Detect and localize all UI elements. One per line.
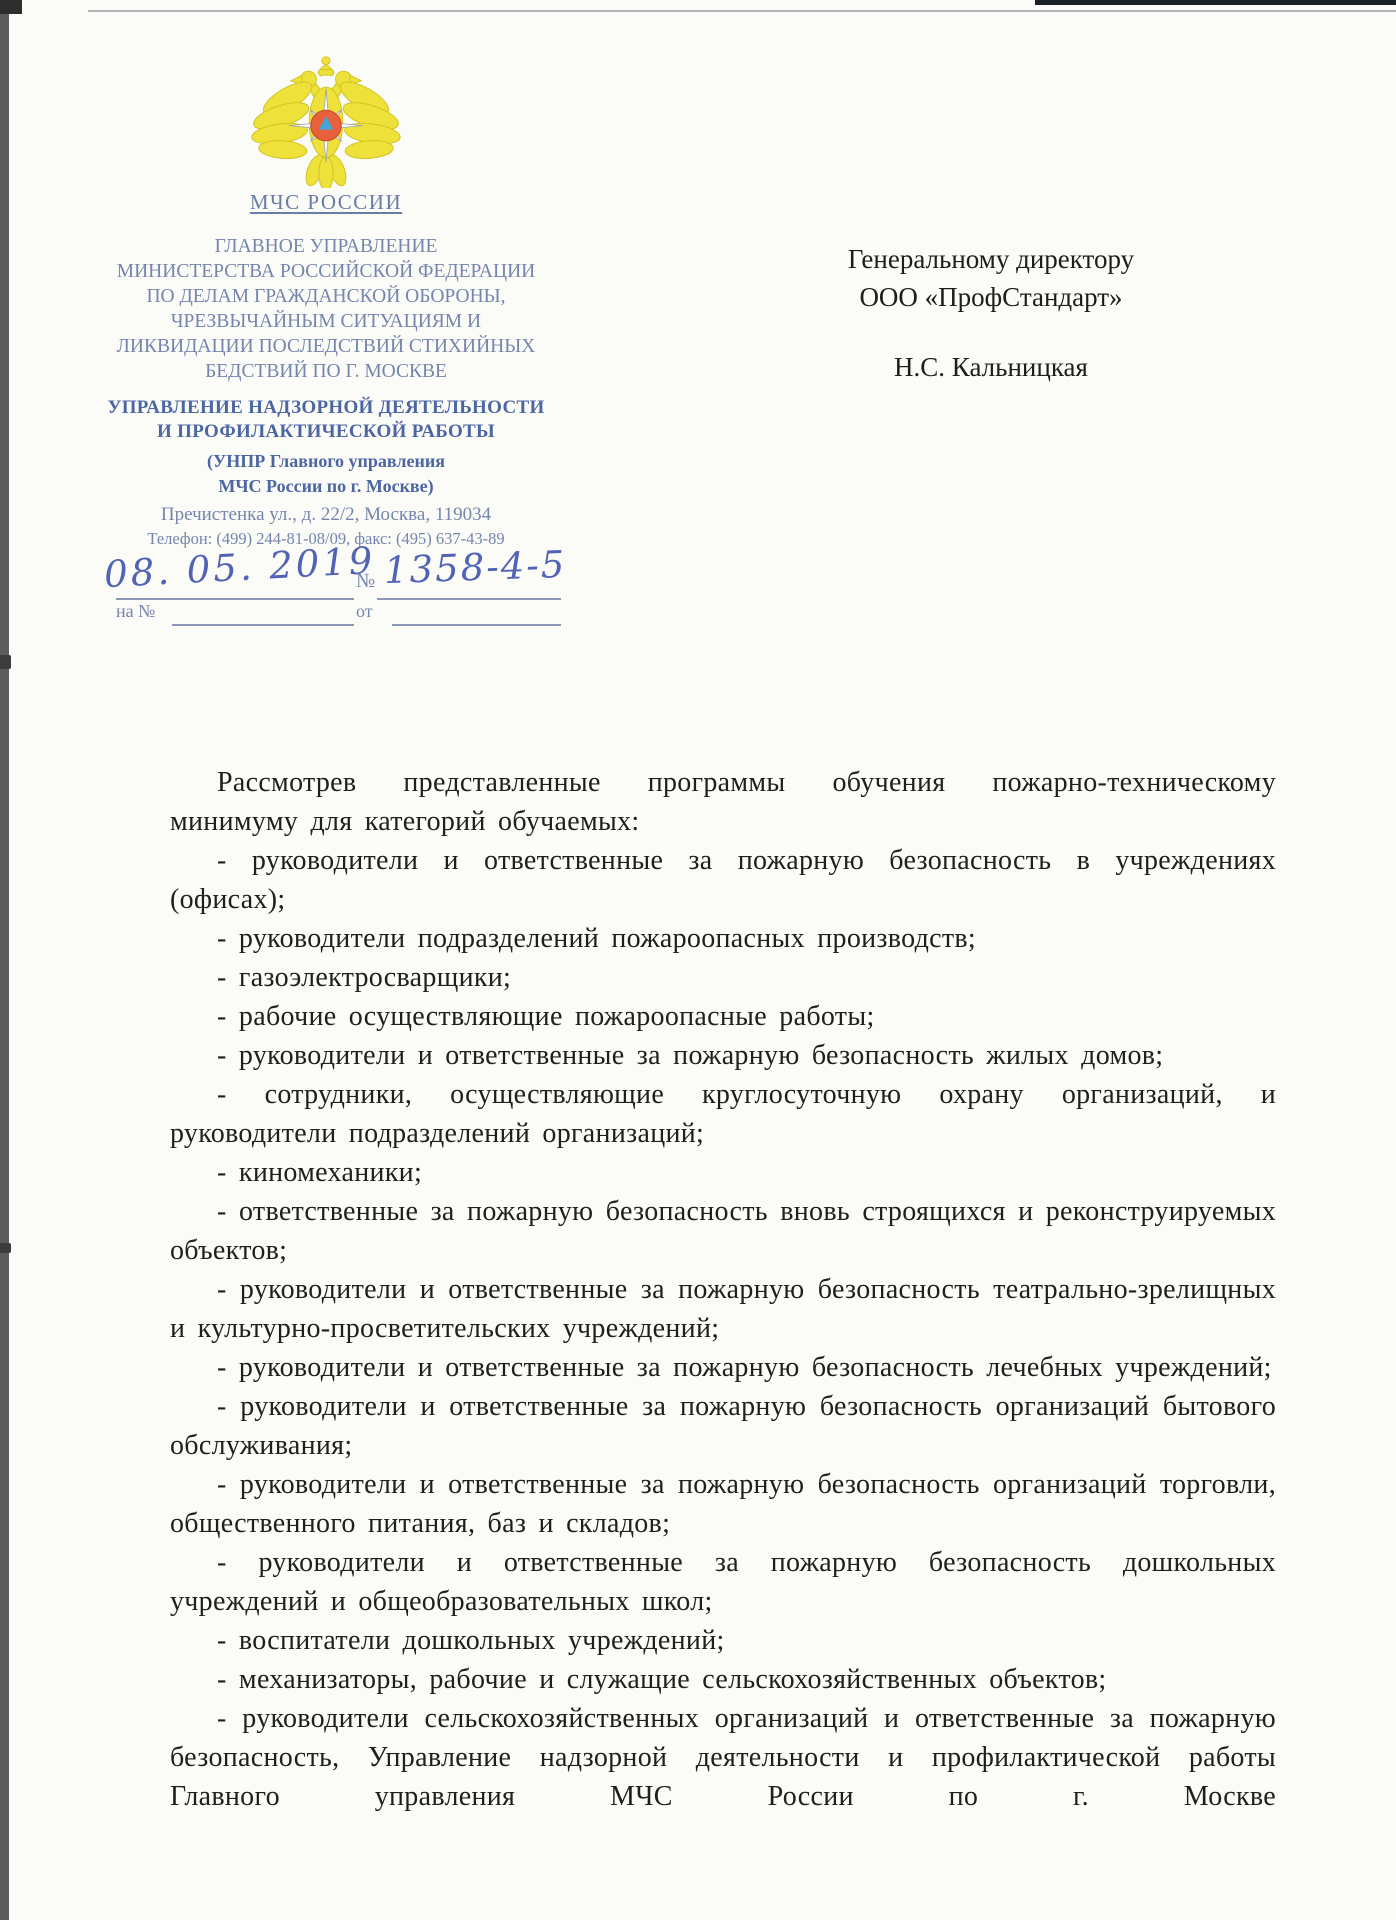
recipient-name: Н.С. Кальницкая (795, 348, 1187, 386)
reply-from-label: от (356, 601, 373, 622)
handwritten-number: 1358-4-5 (383, 543, 567, 592)
letterhead-line: ПО ДЕЛАМ ГРАЖДАНСКОЙ ОБОРОНЫ, (80, 284, 572, 309)
recipient-position: Генеральному директору (795, 240, 1187, 278)
body-paragraph: - руководители и ответственные за пожарн… (170, 1270, 1276, 1348)
letterhead: МЧС РОССИИ ГЛАВНОЕ УПРАВЛЕНИЕ МИНИСТЕРСТ… (80, 52, 572, 549)
department-line: УПРАВЛЕНИЕ НАДЗОРНОЙ ДЕЯТЕЛЬНОСТИ (80, 396, 572, 420)
body-paragraph: - руководители и ответственные за пожарн… (170, 1465, 1276, 1543)
body-paragraph: - руководители сельскохозяйственных орга… (170, 1699, 1276, 1816)
number-underline (377, 598, 561, 600)
letterhead-line: ЛИКВИДАЦИИ ПОСЛЕДСТВИЙ СТИХИЙНЫХ (80, 334, 572, 359)
letterhead-line: ЧРЕЗВЫЧАЙНЫМ СИТУАЦИЯМ И (80, 309, 572, 334)
letterhead-line: БЕДСТВИЙ ПО Г. МОСКВЕ (80, 359, 572, 384)
body-paragraph: - руководители и ответственные за пожарн… (170, 1387, 1276, 1465)
department-sub-line: (УНПР Главного управления (80, 449, 572, 474)
body-paragraph: - рабочие осуществляющие пожароопасные р… (170, 997, 1276, 1036)
body-paragraph: Рассмотрев представленные программы обуч… (170, 763, 1276, 841)
body-paragraph: - руководители и ответственные за пожарн… (170, 1348, 1276, 1387)
document-page: МЧС РОССИИ ГЛАВНОЕ УПРАВЛЕНИЕ МИНИСТЕРСТ… (0, 0, 1396, 1920)
recipient-company: ООО «ПрофСтандарт» (795, 278, 1187, 316)
recipient-block: Генеральному директору ООО «ПрофСтандарт… (795, 240, 1187, 386)
mchs-emblem-logo (238, 52, 414, 188)
body-paragraph: - механизаторы, рабочие и служащие сельс… (170, 1660, 1276, 1699)
department-subtitle: (УНПР Главного управления МЧС России по … (80, 449, 572, 499)
letterhead-line: МИНИСТЕРСТВА РОССИЙСКОЙ ФЕДЕРАЦИИ (80, 259, 572, 284)
department-sub-line: МЧС России по г. Москве) (80, 474, 572, 499)
department-line: И ПРОФИЛАКТИЧЕСКОЙ РАБОТЫ (80, 420, 572, 444)
body-paragraph: - газоэлектросварщики; (170, 958, 1276, 997)
body-paragraph: - воспитатели дошкольных учреждений; (170, 1621, 1276, 1660)
body-paragraph: - ответственные за пожарную безопасность… (170, 1192, 1276, 1270)
body-paragraph: - руководители и ответственные за пожарн… (170, 841, 1276, 919)
body-paragraph: - руководители и ответственные за пожарн… (170, 1036, 1276, 1075)
reply-to-number-label: на № (116, 601, 155, 622)
letterhead-line: ГЛАВНОЕ УПРАВЛЕНИЕ (80, 234, 572, 259)
scan-edge-top-right (1035, 0, 1396, 5)
org-address: Пречистенка ул., д. 22/2, Москва, 119034 (80, 504, 572, 526)
reply-number-underline (172, 624, 354, 626)
date-underline (116, 598, 354, 600)
scan-edge-left (0, 0, 9, 1920)
scan-edge-spot (0, 1243, 11, 1253)
body-paragraph: - руководители и ответственные за пожарн… (170, 1543, 1276, 1621)
number-sign: № (356, 570, 375, 593)
scan-edge-corner (0, 0, 22, 14)
org-title: МЧС РОССИИ (80, 190, 572, 215)
scan-edge-spot (0, 655, 11, 669)
reply-date-underline (392, 624, 561, 626)
body-paragraph: - киномеханики; (170, 1153, 1276, 1192)
scan-edge-top (88, 10, 1396, 12)
letter-body: Рассмотрев представленные программы обуч… (170, 763, 1276, 1816)
department-title: УПРАВЛЕНИЕ НАДЗОРНОЙ ДЕЯТЕЛЬНОСТИ И ПРОФ… (80, 396, 572, 444)
body-paragraph: - руководители подразделений пожароопасн… (170, 919, 1276, 958)
body-paragraph: - сотрудники, осуществляющие круглосуточ… (170, 1075, 1276, 1153)
letterhead-lines: ГЛАВНОЕ УПРАВЛЕНИЕ МИНИСТЕРСТВА РОССИЙСК… (80, 234, 572, 384)
